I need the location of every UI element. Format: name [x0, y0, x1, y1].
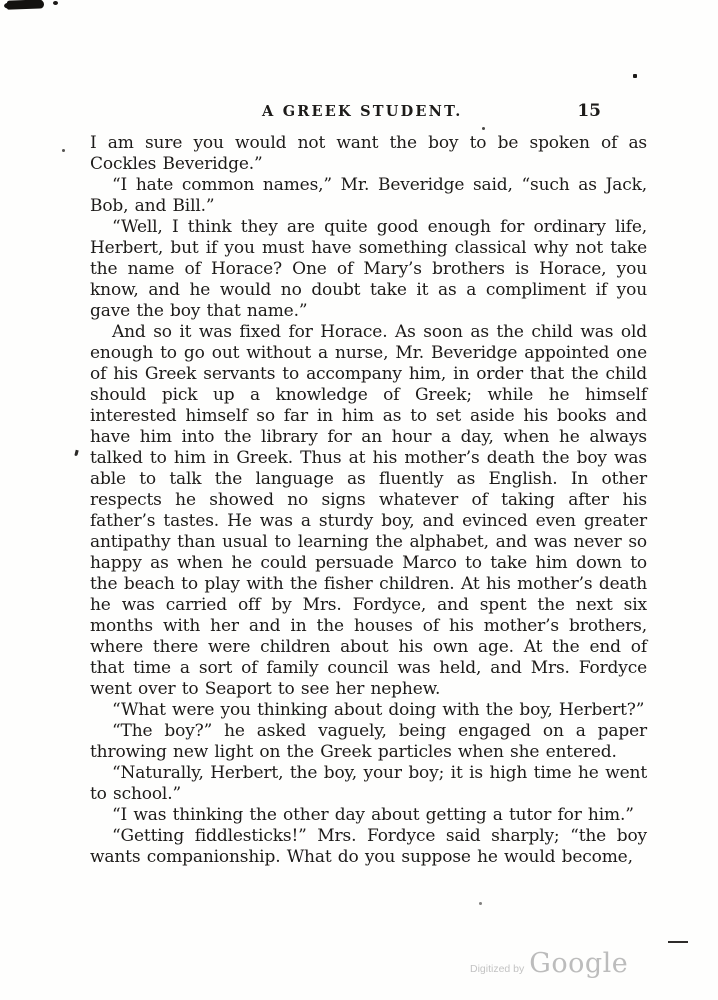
paragraph: “Getting fiddlesticks!” Mrs. Fordyce sai… [90, 826, 647, 868]
scan-artifact-dot [479, 902, 482, 905]
chapter-title: A GREEK STUDENT. [262, 103, 462, 120]
watermark-prefix-label: Digitized by [470, 963, 524, 975]
paragraph: “I hate common names,” Mr. Beveridge sai… [90, 175, 647, 217]
scan-artifact-speck [74, 450, 78, 457]
page-text: I am sure you would not want the boy to … [90, 133, 647, 868]
scan-artifact-dot [53, 1, 58, 5]
scan-artifact-dash [668, 941, 688, 943]
paragraph: “The boy?” he asked vaguely, being engag… [90, 721, 647, 763]
page-number: 15 [577, 101, 601, 121]
scan-artifact-dot [62, 149, 65, 152]
running-header: A GREEK STUDENT. 15 [90, 103, 647, 125]
scan-artifact-smudge [7, 0, 44, 10]
google-logo: Google [529, 948, 628, 979]
paragraph: I am sure you would not want the boy to … [90, 133, 647, 175]
digitized-by-google-watermark: Digitized by Google [470, 948, 628, 979]
paragraph: “Well, I think they are quite good enoug… [90, 217, 647, 322]
scanned-book-page: A GREEK STUDENT. 15 I am sure you would … [0, 0, 718, 1000]
paragraph: “I was thinking the other day about gett… [90, 805, 647, 826]
paragraph: And so it was fixed for Horace. As soon … [90, 322, 647, 700]
paragraph: “Naturally, Herbert, the boy, your boy; … [90, 763, 647, 805]
scan-artifact-dot [633, 74, 637, 78]
scan-artifact-dot [482, 127, 485, 130]
paragraph: “What were you thinking about doing with… [90, 700, 647, 721]
